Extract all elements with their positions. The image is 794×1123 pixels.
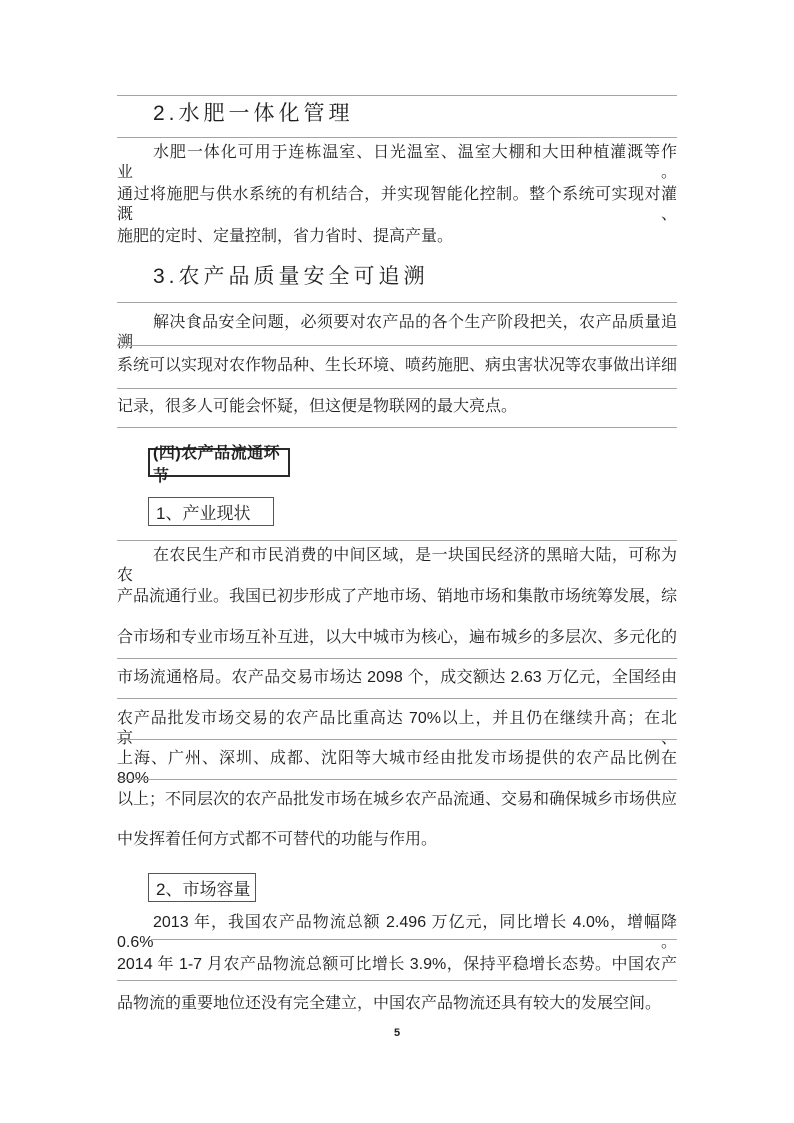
separator-line — [117, 388, 677, 389]
paragraph-line: 在农民生产和市民消费的中间区域，是一块国民经济的黑暗大陆，可称为农 — [117, 546, 677, 586]
paragraph-line: 解决食品安全问题，必须要对农产品的各个生产阶段把关，农产品质量追溯 — [117, 313, 677, 353]
separator-line — [117, 427, 677, 428]
separator-line — [151, 939, 677, 940]
paragraph-line: 通过将施肥与供水系统的有机结合，并实现智能化控制。整个系统可实现对灌溉、 — [117, 185, 677, 225]
paragraph-line: 2014 年 1-7 月农产品物流总额可比增长 3.9%，保持平稳增长态势。中国… — [117, 955, 677, 975]
subheading-industry-status-box: 1、产业现状 — [148, 497, 274, 526]
subheading-market-capacity-text: 2、市场容量 — [156, 875, 250, 900]
section-heading-box: (四)农产品流通环节 — [148, 448, 290, 477]
separator-line — [117, 698, 677, 699]
paragraph-line: 施肥的定时、定量控制，省力省时、提高产量。 — [117, 227, 677, 247]
page-number: 5 — [0, 1027, 794, 1040]
paragraph-line: 记录，很多人可能会怀疑，但这便是物联网的最大亮点。 — [117, 397, 677, 417]
subheading-industry-status-text: 1、产业现状 — [156, 499, 250, 524]
separator-line — [117, 345, 677, 346]
document-page: 2.水肥一体化管理 水肥一体化可用于连栋温室、日光温室、温室大棚和大田种植灌溉等… — [0, 0, 794, 1123]
paragraph-line: 农产品批发市场交易的农产品比重高达 70%以上，并且仍在继续升高；在北京、 — [117, 709, 677, 749]
separator-line — [117, 658, 677, 659]
heading-water-fertilizer: 2.水肥一体化管理 — [117, 102, 677, 126]
paragraph-line: 系统可以实现对农作物品种、生长环境、喷药施肥、病虫害状况等农事做出详细 — [117, 356, 677, 376]
separator-line — [117, 540, 677, 541]
paragraph-line: 合市场和专业市场互补互进，以大中城市为核心，遍布城乡的多层次、多元化的 — [117, 628, 677, 648]
paragraph-line: 中发挥着任何方式都不可替代的功能与作用。 — [117, 830, 677, 850]
heading-traceability: 3.农产品质量安全可追溯 — [117, 265, 677, 289]
paragraph-line: 市场流通格局。农产品交易市场达 2098 个，成交额达 2.63 万亿元，全国经… — [117, 668, 677, 688]
separator-line — [117, 779, 677, 780]
separator-line — [117, 137, 677, 138]
paragraph-line: 上海、广州、深圳、成都、沈阳等大城市经由批发市场提供的农产品比例在 80% — [117, 749, 677, 789]
section-heading-text: (四)农产品流通环节 — [153, 440, 288, 486]
paragraph-line: 2013 年，我国农产品物流总额 2.496 万亿元，同比增长 4.0%，增幅降… — [117, 913, 677, 953]
paragraph-line: 产品流通行业。我国已初步形成了产地市场、销地市场和集散市场统筹发展，综 — [117, 587, 677, 607]
paragraph-line: 品物流的重要地位还没有完全建立，中国农产品物流还具有较大的发展空间。 — [117, 994, 677, 1014]
subheading-market-capacity-box: 2、市场容量 — [148, 873, 256, 902]
separator-line — [117, 739, 677, 740]
separator-line — [117, 302, 677, 303]
separator-line — [117, 95, 677, 96]
separator-line — [117, 980, 677, 981]
paragraph-line: 以上；不同层次的农产品批发市场在城乡农产品流通、交易和确保城乡市场供应 — [117, 790, 677, 810]
paragraph-line: 水肥一体化可用于连栋温室、日光温室、温室大棚和大田种植灌溉等作业。 — [117, 143, 677, 183]
